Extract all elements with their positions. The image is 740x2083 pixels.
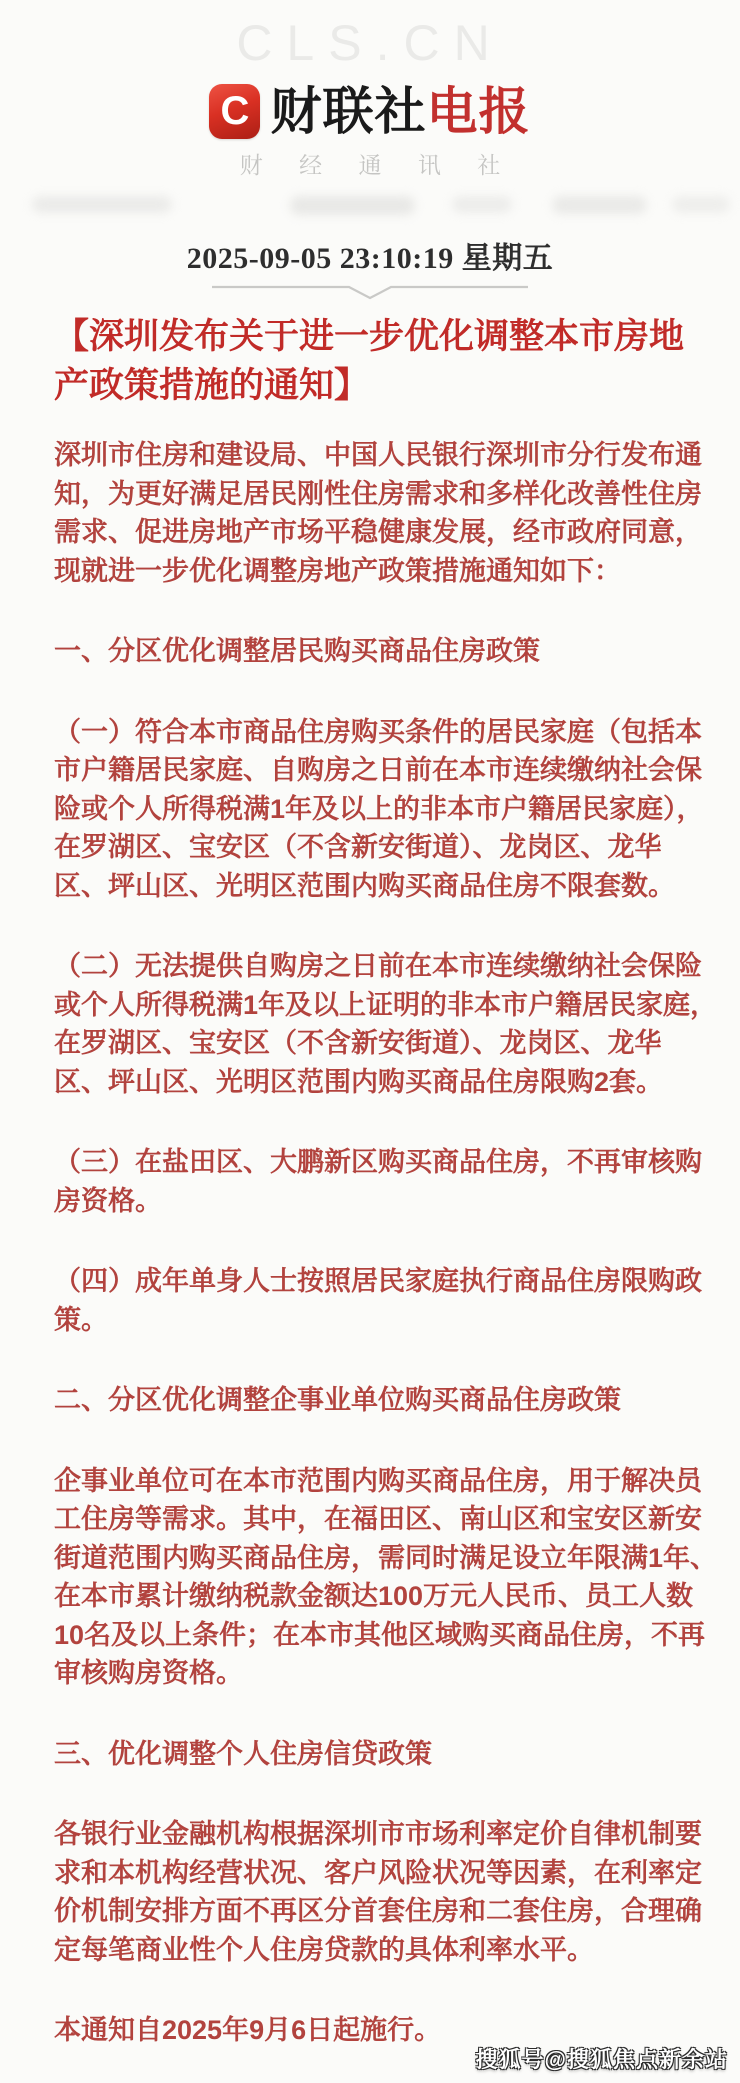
paragraph: 各银行业金融机构根据深圳市市场利率定价自律机制要 求和本机构经营状况、客户风险状… xyxy=(54,1815,718,1969)
tagline: 财 经 通 讯 社 xyxy=(0,152,740,178)
paragraph: （一）符合本市商品住房购买条件的居民家庭（包括本 市户籍居民家庭、自购房之日前在… xyxy=(54,713,718,906)
cls-logo-text: 财联社电报 xyxy=(270,86,530,137)
blurred-text-artifact xyxy=(452,196,512,213)
date-block: 2025-09-05 23:10:19 星期五 xyxy=(0,244,740,300)
header: CLS.CN C 财联社电报 财 经 通 讯 社 xyxy=(0,0,740,216)
paragraph: （四）成年单身人士按照居民家庭执行商品住房限购政 策。 xyxy=(54,1262,718,1339)
cls-logo: C 财联社电报 xyxy=(0,83,740,139)
cls-logo-icon: C xyxy=(209,84,260,139)
paragraph: 深圳市住房和建设局、中国人民银行深圳市分行发布通 知，为更好满足居民刚性住房需求… xyxy=(54,436,718,590)
article-paragraphs: 深圳市住房和建设局、中国人民银行深圳市分行发布通 知，为更好满足居民刚性住房需求… xyxy=(54,436,718,2050)
site-watermark: CLS.CN xyxy=(0,0,740,68)
blurred-text-artifact xyxy=(672,196,730,213)
article-title: 【深圳发布关于进一步优化调整本市房地产政策措施的通知】 xyxy=(54,312,700,410)
paragraph: （二）无法提供自购房之日前在本市连续缴纳社会保险 或个人所得税满1年及以上证明的… xyxy=(54,947,718,1101)
paragraph: （三）在盐田区、大鹏新区购买商品住房，不再审核购 房资格。 xyxy=(54,1143,718,1220)
cls-logo-letter: C xyxy=(221,91,250,131)
blurred-text-artifact xyxy=(290,196,415,215)
blurred-text-artifact xyxy=(32,196,172,213)
section-heading: 一、分区优化调整居民购买商品住房政策 xyxy=(54,632,718,671)
date-divider xyxy=(210,284,530,300)
paragraph: 企事业单位可在本市范围内购买商品住房，用于解决员 工住房等需求。其中，在福田区、… xyxy=(54,1462,718,1693)
article: 【深圳发布关于进一步优化调整本市房地产政策措施的通知】 深圳市住房和建设局、中国… xyxy=(0,312,740,2050)
blurred-text-band xyxy=(0,192,740,216)
section-heading: 三、优化调整个人住房信贷政策 xyxy=(54,1735,718,1774)
footer-watermark: 搜狐号@搜狐焦点新余站 xyxy=(476,2043,728,2074)
telegraph-datetime: 2025-09-05 23:10:19 星期五 xyxy=(0,244,740,274)
brand-name: 财联社 xyxy=(270,83,426,140)
product-name: 电报 xyxy=(427,83,531,140)
section-heading: 二、分区优化调整企事业单位购买商品住房政策 xyxy=(54,1381,718,1420)
telegraph-page: CLS.CN C 财联社电报 财 经 通 讯 社 2025-09-05 23:1… xyxy=(0,0,740,2083)
blurred-text-artifact xyxy=(552,196,647,214)
